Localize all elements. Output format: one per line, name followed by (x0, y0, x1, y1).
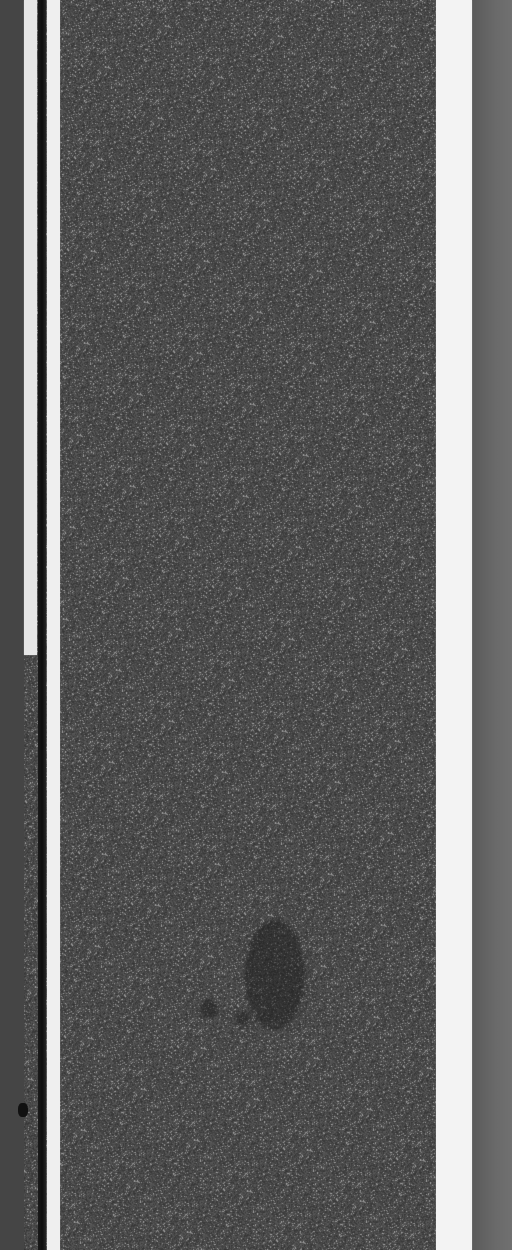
right-shoulder (472, 0, 512, 1250)
left-inner-lane-line (47, 0, 60, 1250)
pothole (18, 1103, 28, 1117)
left-outer-lane-line (24, 0, 37, 655)
pavement-crack (38, 0, 46, 1250)
road-surface (0, 0, 512, 1250)
stain (236, 1012, 250, 1026)
stain (245, 920, 305, 1030)
left-shoulder (0, 0, 24, 1250)
right-lane-line (436, 0, 472, 1250)
stain (200, 1000, 218, 1018)
